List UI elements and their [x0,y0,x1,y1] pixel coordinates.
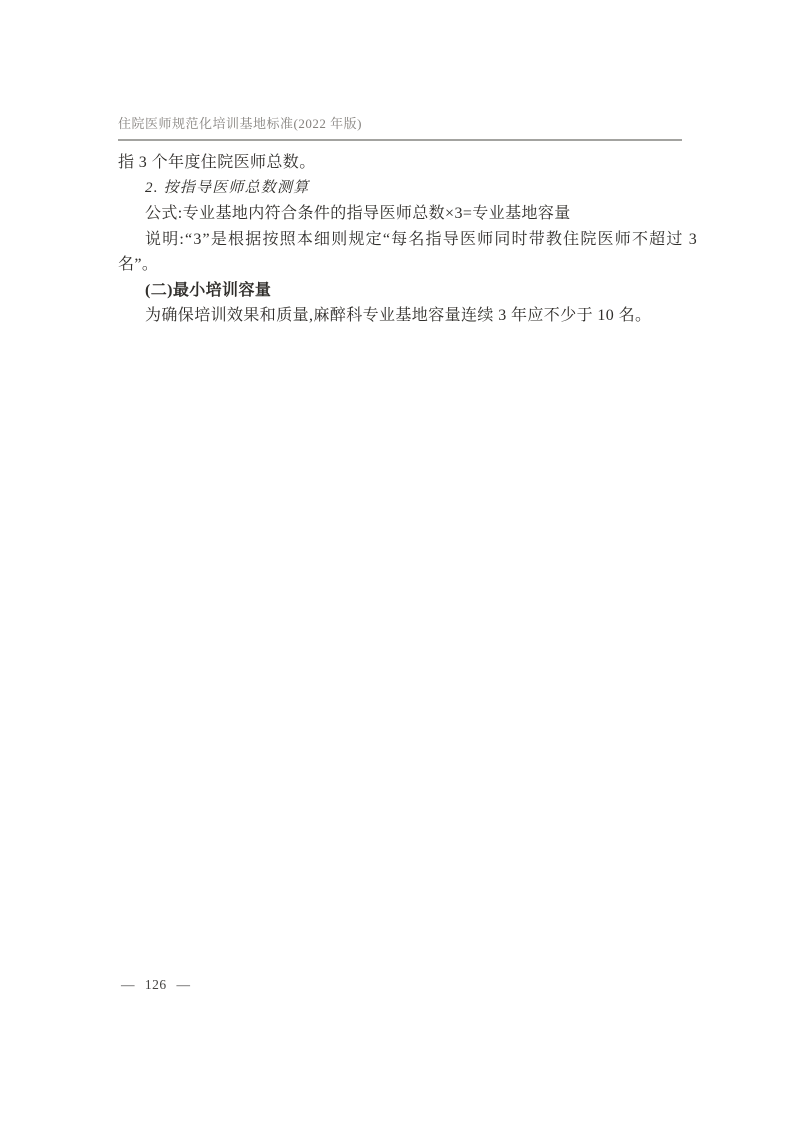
footer-page-number: — 126 — [121,977,191,993]
body-line-formula: 公式:专业基地内符合条件的指导医师总数×3=专业基地容量 [118,201,682,227]
body-line-residents-total: 指 3 个年度住院医师总数。 [118,150,682,176]
body-line-heading-min-capacity: (二)最小培训容量 [118,278,682,304]
body-line-explanation-part1: 说明:“3”是根据按照本细则规定“每名指导医师同时带教住院医师不超过 3 [118,227,682,253]
body-line-heading-calc-by-supervisors: 2. 按指导医师总数测算 [118,176,682,202]
document-page: 住院医师规范化培训基地标准(2022 年版) 指 3 个年度住院医师总数。 2.… [0,0,800,1131]
body-line-explanation-part2: 名”。 [118,252,682,278]
header-rule-divider [118,139,682,141]
body-text-block: 指 3 个年度住院医师总数。 2. 按指导医师总数测算 公式:专业基地内符合条件… [118,150,682,329]
running-header-title: 住院医师规范化培训基地标准(2022 年版) [118,113,682,132]
body-line-min-capacity-text: 为确保培训效果和质量,麻醉科专业基地容量连续 3 年应不少于 10 名。 [118,303,682,329]
